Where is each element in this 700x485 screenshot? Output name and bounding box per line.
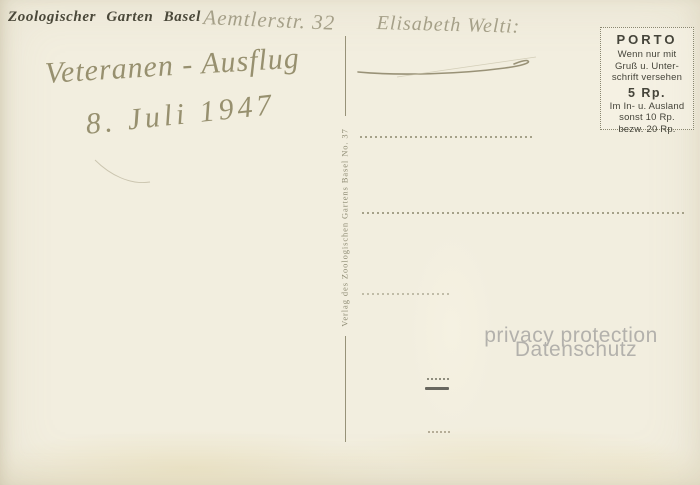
handwritten-recipient-name: Elisabeth Welti:: [376, 12, 520, 39]
address-dotted-line-2: [362, 212, 684, 214]
handwritten-note-line1: Veteranen - Ausflug: [44, 41, 301, 91]
porto-notice-box: PORTO Wenn nur mit Gruß u. Unter- schrif…: [600, 27, 694, 130]
redacted-address-fragment-dotted-2: [428, 431, 451, 433]
porto-title: PORTO: [601, 32, 693, 47]
divider-rule-bottom: [345, 336, 346, 442]
porto-rate: 5 Rp.: [601, 86, 693, 100]
privacy-watermark-line1: privacy protection: [440, 324, 700, 348]
publisher-imprint: Zoologischer Garten Basel: [8, 9, 201, 26]
publisher-spine-text: Verlag des Zoologischen Gartens Basel No…: [340, 122, 353, 334]
address-dotted-line-1: [360, 136, 533, 138]
porto-condition-line1: Wenn nur mit: [601, 49, 693, 61]
handwritten-note-line2: 8. Juli 1947: [84, 88, 277, 142]
porto-surcharge-line3: bezw. 20 Rp.: [601, 124, 693, 136]
redacted-address-fragment-solid: [425, 387, 449, 390]
divider-rule-top: [345, 36, 346, 116]
postcard-back: Zoologischer Garten Basel Aemtlerstr. 32…: [0, 0, 700, 485]
privacy-watermark-line2: Datenschutz: [445, 338, 700, 362]
porto-condition-line3: schrift versehen: [601, 72, 693, 84]
porto-surcharge-line1: Im In- u. Ausland: [601, 101, 693, 113]
address-dotted-line-3: [362, 293, 451, 295]
redacted-address-fragment-dotted-1: [427, 378, 450, 380]
porto-condition-line2: Gruß u. Unter-: [601, 61, 693, 73]
porto-surcharge-line2: sonst 10 Rp.: [601, 112, 693, 124]
handwritten-street: Aemtlerstr. 32: [203, 5, 336, 36]
